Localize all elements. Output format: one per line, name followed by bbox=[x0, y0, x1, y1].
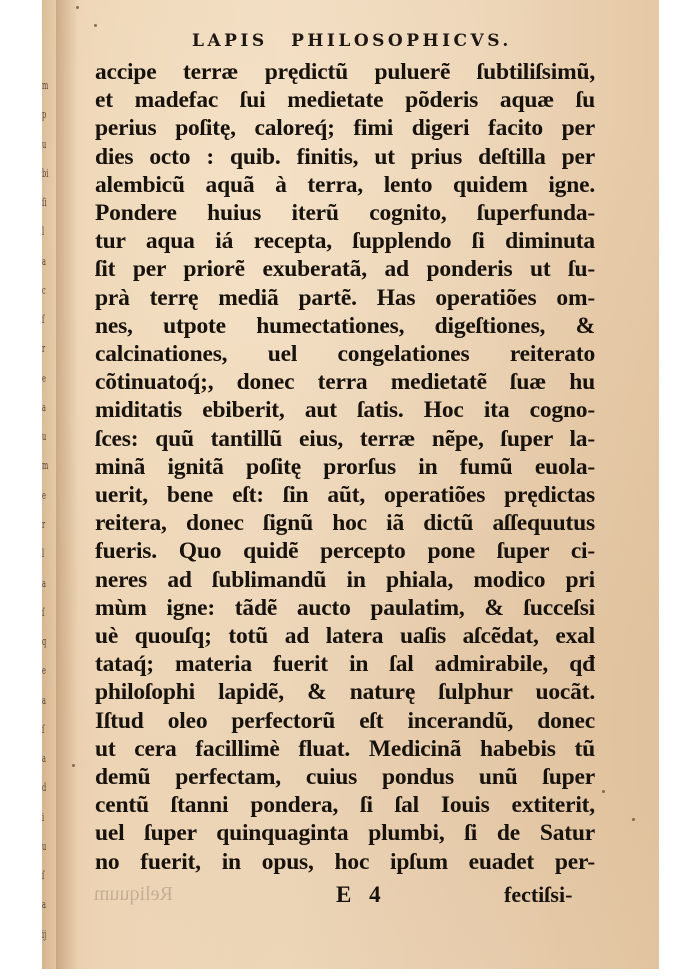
catchword: fectiſsi- bbox=[504, 882, 572, 908]
gutter-char: e bbox=[42, 665, 50, 676]
text-line: reitera, donec ſignũ hoc iã dictũ aſſequ… bbox=[95, 509, 595, 537]
text-line: ſces: quũ tantillũ eius, terræ nẽpe, ſup… bbox=[95, 425, 595, 453]
text-line: et madefac ſui medietate põderis aquæ ſu bbox=[95, 86, 595, 114]
paper-speck bbox=[72, 764, 75, 767]
gutter-char: ſ bbox=[42, 870, 50, 881]
binding-fold-shadow bbox=[56, 0, 78, 969]
signature-mark: E 4 bbox=[336, 882, 381, 908]
text-line: nes, utpote humectationes, digeſtiones, … bbox=[95, 312, 595, 340]
paper-speck bbox=[632, 818, 635, 821]
gutter-char: d bbox=[42, 782, 50, 793]
text-line: cõtinuatoq́;, donec terra medietatẽ ſuæ … bbox=[95, 368, 595, 396]
gutter-char: ſi bbox=[42, 197, 50, 208]
text-line: accipe terræ prędictũ puluerẽ ſubtiliſsi… bbox=[95, 58, 595, 86]
gutter-char: e bbox=[42, 373, 50, 384]
paper-speck bbox=[76, 6, 79, 9]
adjacent-page-edge-text: mpubiſilacſreaumerlaſqeaſadiuſaij bbox=[42, 80, 56, 940]
running-head: LAPIS PHILOSOPHICVS. bbox=[192, 31, 582, 51]
gutter-char: ij bbox=[42, 929, 50, 940]
gutter-char: p bbox=[42, 109, 50, 120]
gutter-char: ſ bbox=[42, 607, 50, 618]
gutter-char: l bbox=[42, 226, 50, 237]
gutter-char: bi bbox=[42, 168, 50, 179]
text-line: neres ad ſublimandũ in phiala, modico pr… bbox=[95, 566, 595, 594]
text-line: perius poſitę, caloreq́; fimi digeri fac… bbox=[95, 114, 595, 142]
gutter-char: u bbox=[42, 431, 50, 442]
text-line: demũ perfectam, cuius pondus unũ ſuper bbox=[95, 763, 595, 791]
gutter-char: a bbox=[42, 578, 50, 589]
gutter-char: c bbox=[42, 285, 50, 296]
text-line: uel ſuper quinquaginta plumbi, ſi de Sat… bbox=[95, 819, 595, 847]
text-line: no fuerit, in opus, hoc ipſum euadet per… bbox=[95, 848, 595, 876]
text-line: mùm igne: tãdẽ aucto paulatim, & ſucceſs… bbox=[95, 594, 595, 622]
book-page: mpubiſilacſreaumerlaſqeaſadiuſaij LAPIS … bbox=[42, 0, 659, 969]
text-line: Iſtud oleo perfectorũ eſt incerandũ, don… bbox=[95, 707, 595, 735]
text-line: philoſophi lapidẽ, & naturę ſulphur uocã… bbox=[95, 678, 595, 706]
gutter-char: r bbox=[42, 343, 50, 354]
gutter-char: q bbox=[42, 636, 50, 647]
text-line: Pondere huius iterũ cognito, ſuperfunda- bbox=[95, 199, 595, 227]
text-line: prà terrę mediã partẽ. Has operatiões om… bbox=[95, 284, 595, 312]
page-footer: E 4 fectiſsi- bbox=[42, 882, 659, 912]
gutter-char: i bbox=[42, 812, 50, 823]
text-line: fueris. Quo quidẽ percepto pone ſuper ci… bbox=[95, 537, 595, 565]
text-line: ſit per priorẽ exuberatã, ad ponderis ut… bbox=[95, 255, 595, 283]
gutter-char: a bbox=[42, 256, 50, 267]
gutter-char: u bbox=[42, 841, 50, 852]
gutter-char: r bbox=[42, 519, 50, 530]
text-line: calcinationes, uel congelationes reitera… bbox=[95, 340, 595, 368]
gutter-char: e bbox=[42, 490, 50, 501]
paper-speck bbox=[602, 790, 605, 793]
text-line: centũ ſtanni pondera, ſi ſal Iouis extit… bbox=[95, 791, 595, 819]
body-text: accipe terræ prędictũ puluerẽ ſubtiliſsi… bbox=[95, 58, 595, 876]
paper-speck bbox=[94, 24, 97, 27]
gutter-char: a bbox=[42, 753, 50, 764]
text-line: ut cera facillimè fluat. Medicinã habebi… bbox=[95, 735, 595, 763]
text-line: alembicũ aquã à terra, lento quidem igne… bbox=[95, 171, 595, 199]
gutter-char: m bbox=[42, 460, 50, 471]
gutter-char: u bbox=[42, 139, 50, 150]
gutter-char: ſ bbox=[42, 724, 50, 735]
gutter-char: l bbox=[42, 548, 50, 559]
text-line: uerit, bene eſt: ſin aũt, operatiões prę… bbox=[95, 481, 595, 509]
gutter-char: ſ bbox=[42, 314, 50, 325]
text-line: miditatis ebiberit, aut ſatis. Hoc ita c… bbox=[95, 396, 595, 424]
text-line: minã ignitã poſitę prorſus in fumũ euola… bbox=[95, 453, 595, 481]
gutter-char: a bbox=[42, 695, 50, 706]
text-line: tataq́; materia fuerit in ſal admirabile… bbox=[95, 650, 595, 678]
gutter-char: m bbox=[42, 80, 50, 91]
text-line: uè quouſq; totũ ad latera uaſis aſcẽdat,… bbox=[95, 622, 595, 650]
text-line: tur aqua iá recepta, ſupplendo ſi diminu… bbox=[95, 227, 595, 255]
gutter-char: a bbox=[42, 402, 50, 413]
text-line: dies octo : quib. finitis, ut prius deſt… bbox=[95, 143, 595, 171]
